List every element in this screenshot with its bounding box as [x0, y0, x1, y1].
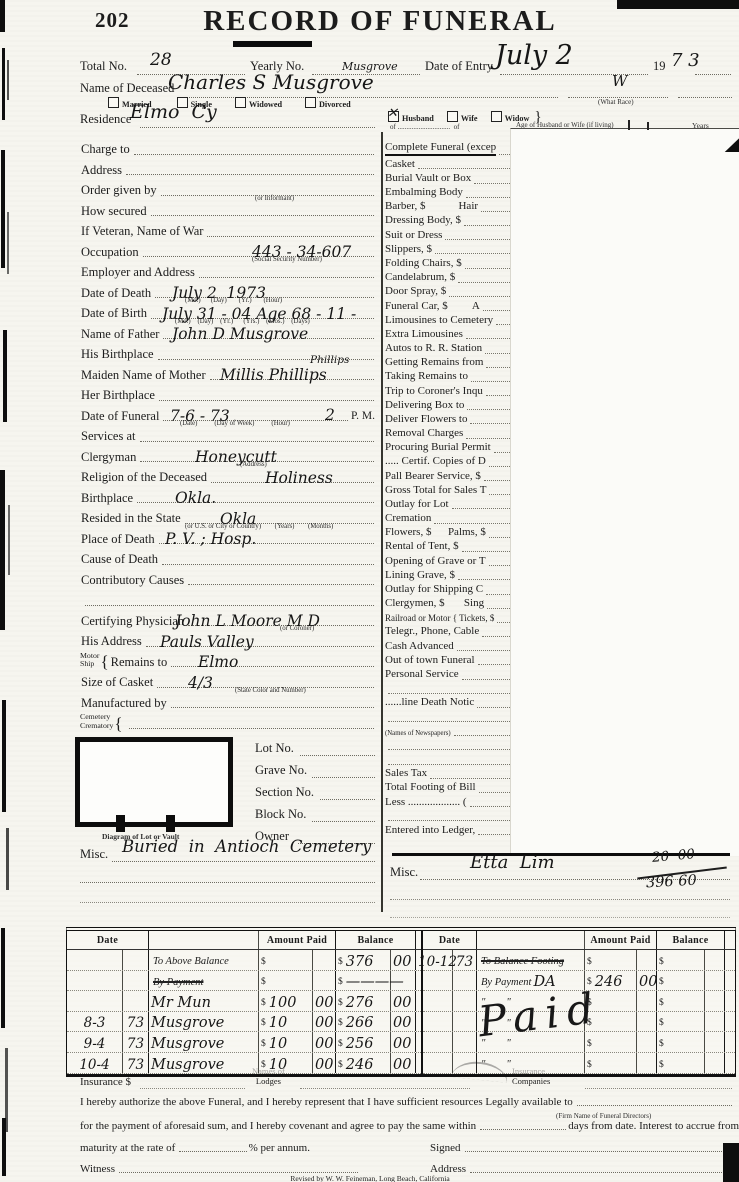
charge-item-row: Cash Advanced — [385, 638, 510, 652]
dotted-line — [300, 755, 375, 756]
charge-item-row: Less ................... ( — [385, 794, 510, 808]
charge-item-label: Casket — [385, 159, 415, 171]
form-field-row: Size of Casket 4/3 (State Color and Numb… — [80, 669, 375, 690]
charge-item-label: Delivering Box to — [385, 400, 464, 412]
payment-row: " " $ $ — [423, 1053, 735, 1074]
dotted-line — [80, 902, 375, 903]
form-field-row: Her Birthplace — [80, 382, 375, 403]
checkbox-label: Wife — [461, 114, 478, 123]
dotted-line — [207, 236, 374, 237]
dotted-line — [485, 353, 510, 354]
scan-artifact — [7, 212, 9, 274]
field-label: Services at — [81, 430, 136, 443]
payment-desc: By Payment — [477, 978, 531, 991]
handwriting-value: 7-6 - 73 — [170, 407, 230, 425]
dotted-line — [474, 183, 510, 184]
charge-item-label: (Names of Newspapers) — [385, 730, 451, 737]
firm-note: (Firm Name of Funeral Directors) — [556, 1112, 651, 1120]
balance-header: Balance — [657, 931, 725, 949]
field-label: Order given by — [81, 184, 157, 197]
charge-item-label: Total Footing of Bill — [385, 782, 476, 794]
charge-item-label: Getting Remains from — [385, 357, 483, 369]
dotted-line — [151, 215, 374, 216]
form-field-row: Certifying Physician John L Moore M D (o… — [80, 608, 375, 629]
charge-item-row: Rental of Tent, $ — [385, 539, 510, 553]
checkbox-divorced — [305, 97, 316, 108]
grave-no-label: Grave No. — [255, 764, 307, 777]
dotted-line — [112, 861, 375, 862]
dotted-line — [418, 168, 510, 169]
handwriting-value: 443 - 34-607 — [252, 243, 351, 261]
dotted-line — [140, 1088, 245, 1089]
dotted-line — [489, 537, 510, 538]
dotted-line — [445, 239, 510, 240]
charge-item-label: Telegr., Phone, Cable — [385, 626, 479, 638]
handwriting-value: Okla — [220, 510, 256, 528]
form-field-row: MotorShip { Remains to Elmo — [80, 649, 375, 670]
section-no-label: Section No. — [255, 786, 314, 799]
charge-item-row: Telegr., Phone, Cable — [385, 624, 510, 638]
scan-artifact — [2, 700, 6, 812]
funeral-record-scan: 202 RECORD OF FUNERAL Total No. 28 Yearl… — [0, 0, 739, 1182]
field-label: Charge to — [81, 143, 130, 156]
form-field-row: Resided in the State Okla (or U.S. or Ci… — [80, 505, 375, 526]
handwriting-value: Elmo — [198, 653, 238, 671]
of-line: of .............................. of — [390, 123, 459, 131]
field-label: Address — [81, 164, 122, 177]
charge-item-row: Cremation — [385, 510, 510, 524]
overlay-sheet — [510, 128, 739, 856]
payment-desc-script: Musgrove — [149, 1057, 224, 1073]
dotted-line — [134, 154, 374, 155]
dotted-line — [483, 310, 510, 311]
amount-paid-header: Amount Paid — [259, 931, 336, 949]
dotted-line — [449, 296, 510, 297]
handwriting-value: John D Musgrove — [172, 325, 308, 343]
dotted-line — [466, 197, 510, 198]
dotted-line — [486, 367, 510, 368]
charge-item-row: Barber, $ Hair — [385, 199, 510, 213]
checkbox-widow — [491, 111, 502, 122]
printed-suffix: P. M. — [351, 410, 375, 423]
scan-artifact — [0, 0, 5, 32]
dotted-line — [489, 494, 510, 495]
charge-item-row: Embalming Body — [385, 185, 510, 199]
dotted-line — [388, 721, 510, 722]
dotted-line — [678, 97, 732, 98]
charge-item-label: Deliver Flowers to — [385, 414, 467, 426]
charge-item-row: Taking Remains to — [385, 369, 510, 383]
field-label: Date of Death — [81, 287, 151, 300]
charge-item-row: Sales Tax — [385, 766, 510, 780]
payment-desc-script: Musgrove — [149, 1015, 224, 1031]
charge-item-label: Candelabrum, $ — [385, 272, 455, 284]
dotted-line — [466, 438, 510, 439]
charge-item-label: Extra Limousines — [385, 329, 463, 341]
sub-note: (State Color and Number) — [235, 687, 306, 694]
dotted-line — [489, 466, 510, 467]
diagram-leg — [166, 815, 175, 832]
tick-mark — [647, 122, 649, 130]
form-field-row: How secured — [80, 198, 375, 219]
payments-header: Date Amount Paid Balance — [423, 931, 735, 950]
form-field-row — [80, 587, 375, 608]
handwriting-above: Phillips — [310, 354, 349, 366]
left-fields-column: Charge to Address — [80, 136, 375, 731]
charge-item-label: Outlay for Lot — [385, 499, 449, 511]
charge-item-label: Cash Advanced — [385, 641, 454, 653]
dotted-line — [695, 74, 731, 75]
scan-artifact — [2, 48, 5, 120]
form-field-row: Date of Funeral P. M. 7-6 - 73 2 (Date) … — [80, 403, 375, 424]
payment-desc: By Payment — [149, 978, 203, 991]
payment-desc: To Balance Footing — [477, 957, 564, 970]
charge-item-row: Getting Remains from — [385, 355, 510, 369]
misc-amount-top: 20 00 — [651, 846, 695, 866]
dotted-line — [486, 395, 510, 396]
charge-item-row: Burial Vault or Box — [385, 170, 510, 184]
charge-item-row: Trip to Coroner's Inqu — [385, 383, 510, 397]
charge-item-label: Outlay for Shipping C — [385, 584, 483, 596]
checkbox-married — [108, 97, 119, 108]
dotted-line — [482, 636, 510, 637]
field-label: Date of Birth — [81, 307, 147, 320]
charge-item-row: Delivering Box to — [385, 397, 510, 411]
misc-right-value: Etta Lim — [470, 852, 555, 873]
residence-value: Elmo Cy — [130, 101, 217, 123]
charge-item-row: Entered into Ledger, — [385, 822, 510, 836]
charge-item-label: Slippers, $ — [385, 244, 432, 256]
checkbox-wife — [447, 111, 458, 122]
field-label: Certifying Physician — [81, 615, 184, 628]
date-of-entry-label: Date of Entry — [425, 60, 493, 73]
charge-item-label: Burial Vault or Box — [385, 173, 471, 185]
charge-item-label: ..... Certif. Copies of D — [385, 456, 486, 468]
dotted-line — [312, 821, 375, 822]
charge-item-row — [385, 709, 510, 723]
form-field-row: Address — [80, 157, 375, 178]
field-label: Occupation — [81, 246, 139, 259]
charge-item-label: Limousines to Cemetery — [385, 315, 493, 327]
charge-item-label: Funeral Car, $ A — [385, 301, 480, 313]
field-label: Religion of the Deceased — [81, 471, 207, 484]
charge-item-row: (Names of Newspapers) — [385, 723, 510, 737]
payment-row: 10-12 73 To Balance Footing $ $ — [423, 950, 735, 971]
charge-item-label: Pall Bearer Service, $ — [385, 471, 481, 483]
date-of-entry-value: July 2 — [495, 40, 573, 71]
legal-line-3: maturity at the rate of% per annum. — [80, 1142, 310, 1154]
charge-item-label: Taking Remains to — [385, 371, 468, 383]
title-underline — [233, 41, 312, 47]
dotted-line — [388, 820, 510, 821]
field-label: Manufactured by — [81, 697, 167, 710]
handwriting-value: Holiness — [265, 469, 333, 487]
payment-row: By Payment $ $———— — [67, 971, 421, 992]
dotted-line — [577, 1105, 732, 1106]
dotted-line — [467, 409, 510, 410]
checkbox-husband — [388, 111, 399, 122]
dotted-line — [478, 834, 510, 835]
field-label: Maiden Name of Mother — [81, 369, 206, 382]
dotted-line — [471, 381, 510, 382]
dotted-line — [430, 778, 510, 779]
charge-item-label: Folding Chairs, $ — [385, 258, 462, 270]
race-note: (What Race) — [598, 98, 634, 106]
handwriting-value: Honeycutt — [195, 448, 277, 466]
form-field-row: If Veteran, Name of War — [80, 218, 375, 239]
race-value: W — [612, 72, 627, 90]
misc-label: Misc. — [80, 848, 108, 861]
charge-item-row: Clergymen, $ Sing — [385, 596, 510, 610]
payment-desc-script: Musgrove — [149, 1036, 224, 1052]
revision-footer: Revised by W. W. Feineman, Long Beach, C… — [200, 1174, 540, 1182]
dotted-line — [388, 764, 510, 765]
handwriting-value: Okla. — [175, 489, 216, 507]
charge-item-row: Removal Charges — [385, 425, 510, 439]
charge-item-row: Opening of Grave or T — [385, 553, 510, 567]
charge-item-label: Trip to Coroner's Inqu — [385, 386, 483, 398]
form-field-row: Occupation 443 - 34-607 (Social Security… — [80, 239, 375, 260]
dotted-line — [390, 917, 730, 918]
dotted-line — [484, 480, 510, 481]
handwriting-value: Pauls Valley — [160, 633, 254, 651]
dotted-line — [458, 579, 510, 580]
dotted-line — [454, 735, 510, 736]
dotted-line — [487, 608, 510, 609]
page-number: 202 — [95, 8, 130, 33]
dotted-line — [585, 1088, 732, 1089]
date-header: Date — [67, 931, 149, 949]
dotted-line — [179, 1151, 246, 1152]
dotted-line — [171, 707, 374, 708]
charge-item-label: Embalming Body — [385, 187, 463, 199]
name-value: Charles S Musgrove — [168, 70, 374, 94]
column-divider — [381, 132, 383, 912]
field-label: Clergyman — [81, 451, 136, 464]
field-label: Contributory Causes — [81, 574, 184, 587]
charge-item-row — [385, 808, 510, 822]
payment-desc: " " — [477, 1060, 511, 1073]
payment-row: " " $ $ — [423, 1032, 735, 1053]
charge-item-label: Suit or Dress — [385, 230, 442, 242]
charge-item-label: Gross Total for Sales T — [385, 485, 486, 497]
charge-item-row: Flowers, $ Palms, $ — [385, 525, 510, 539]
misc-amount-bottom: 396 60 — [646, 873, 698, 892]
dotted-line — [434, 523, 510, 524]
charge-item-row: Casket — [385, 156, 510, 170]
scan-artifact — [3, 330, 7, 422]
checkbox-label: Husband — [402, 114, 434, 123]
block-no-label: Block No. — [255, 808, 306, 821]
year-value: 7 3 — [671, 50, 700, 71]
scan-artifact — [0, 470, 5, 630]
handwriting-value: P. V. ; Hosp. — [165, 530, 256, 548]
charge-item-row: Candelabrum, $ — [385, 270, 510, 284]
charge-item-label: Barber, $ Hair — [385, 201, 478, 213]
charge-item-row: Dressing Body, $ — [385, 213, 510, 227]
scan-artifact — [1, 928, 5, 1028]
brace: { — [114, 718, 122, 731]
charge-item-row: Suit or Dress — [385, 227, 510, 241]
handwriting-value: July 2 1973 — [172, 284, 266, 302]
dotted-line — [465, 1151, 728, 1152]
dotted-line — [499, 154, 510, 155]
dotted-line — [489, 565, 510, 566]
dotted-line — [462, 679, 510, 680]
field-label: His Address — [81, 635, 142, 648]
dotted-line — [477, 707, 510, 708]
misc-right-label: Misc. — [390, 866, 418, 879]
charge-item-row: ..... Certif. Copies of D — [385, 454, 510, 468]
dotted-line — [494, 452, 510, 453]
charge-item-row: Outlay for Lot — [385, 496, 510, 510]
insurance-label: Insurance $ — [80, 1076, 131, 1088]
form-field-row: CemeteryCrematory { — [80, 710, 375, 731]
form-field-row: Order given by (or Informant) — [80, 177, 375, 198]
dotted-line — [496, 324, 510, 325]
charge-item-label: Rental of Tent, $ — [385, 541, 459, 553]
dotted-line — [137, 502, 374, 503]
dotted-line — [486, 594, 510, 595]
dotted-line — [497, 622, 510, 623]
dotted-line — [199, 277, 374, 278]
field-label: Employer and Address — [81, 266, 195, 279]
dotted-line — [129, 728, 374, 729]
stacked-prefix: MotorShip — [80, 652, 100, 669]
handwriting-value: Millis Phillips — [220, 366, 327, 384]
dotted-line — [464, 225, 510, 226]
dotted-line — [466, 338, 510, 339]
charge-item-row: Deliver Flowers to — [385, 411, 510, 425]
legal-line-2: for the payment of aforesaid sum, and I … — [80, 1120, 739, 1132]
residence-label: Residence — [80, 113, 131, 126]
date-header: Date — [423, 931, 477, 949]
tick-mark — [628, 120, 630, 130]
field-label: His Birthplace — [81, 348, 154, 361]
brace: { — [101, 656, 109, 669]
dotted-line — [388, 693, 510, 694]
charge-item-row: Door Spray, $ — [385, 284, 510, 298]
form-field-row: Employer and Address — [80, 259, 375, 280]
charge-item-row: Gross Total for Sales T — [385, 482, 510, 496]
scan-artifact — [617, 0, 739, 9]
charge-item-row: Folding Chairs, $ — [385, 255, 510, 269]
charge-item-row: ......line Death Notic — [385, 695, 510, 709]
charge-item-row: Out of town Funeral — [385, 652, 510, 666]
charge-item-label: Entered into Ledger, — [385, 825, 475, 837]
dotted-line — [126, 174, 374, 175]
field-label: Remains to — [111, 656, 168, 669]
charge-item-row: Slippers, $ — [385, 241, 510, 255]
diagram-leg — [116, 815, 125, 832]
dotted-line — [388, 749, 510, 750]
form-title: RECORD OF FUNERAL — [170, 5, 590, 38]
dotted-line — [480, 1129, 566, 1130]
dotted-line — [458, 282, 510, 283]
charge-item-label: Out of town Funeral — [385, 655, 475, 667]
scan-artifact — [7, 60, 9, 100]
scan-artifact — [1, 150, 5, 268]
payments-table: Date Amount Paid Balance To Above Balanc… — [66, 927, 736, 1077]
dotted-line — [312, 777, 375, 778]
form-field-row: Contributory Causes — [80, 567, 375, 588]
name-label: Name of Deceased — [80, 82, 174, 95]
total-no-value: 28 — [150, 50, 172, 70]
charges-column: Complete Funeral (excep Casket Burial Va… — [385, 142, 510, 836]
field-label: Date of Funeral — [81, 410, 159, 423]
dotted-line — [478, 664, 510, 665]
form-field-row: Maiden Name of Mother Millis Phillips Ph… — [80, 362, 375, 383]
charge-item-row: Extra Limousines — [385, 326, 510, 340]
charge-item-label: Dressing Body, $ — [385, 215, 461, 227]
form-field-row: Cause of Death — [80, 546, 375, 567]
form-field-row: Religion of the Deceased Holiness — [80, 464, 375, 485]
name-above: Musgrove — [342, 60, 398, 73]
charge-item-row: Total Footing of Bill — [385, 780, 510, 794]
sub-note: (or U.S. or City or Country) (Years) (Mo… — [185, 523, 333, 530]
charge-item-row: Lining Grave, $ — [385, 567, 510, 581]
scan-artifact — [723, 1143, 739, 1182]
charge-item-row — [385, 751, 510, 765]
year-printed: 19 — [653, 60, 666, 73]
dotted-line — [465, 268, 510, 269]
dotted-line — [470, 1172, 728, 1173]
charge-item-label: Sales Tax — [385, 768, 427, 780]
sub-note: (or Informant) — [255, 195, 294, 202]
form-field-row: Manufactured by — [80, 690, 375, 711]
charge-item-row: Railroad or Motor { Tickets, $ — [385, 610, 510, 624]
dotted-line — [119, 1172, 358, 1173]
payment-desc: To Above Balance — [149, 957, 229, 970]
charge-item-label: Less ................... ( — [385, 797, 467, 809]
dotted-line — [462, 551, 510, 552]
handwriting-value: 2 — [325, 406, 335, 424]
scan-artifact — [6, 828, 9, 890]
charge-item-label: Railroad or Motor { Tickets, $ — [385, 614, 494, 623]
dotted-line — [470, 423, 510, 424]
field-label: Her Birthplace — [81, 389, 155, 402]
form-field-row: Charge to — [80, 136, 375, 157]
checkbox-label: Divorced — [319, 100, 351, 109]
handwriting-value: July 31 - 04 Age 68 - 11 - — [162, 305, 356, 323]
payment-row: 10-4 73 Musgrove $10 00 $246 00 — [67, 1053, 421, 1074]
dotted-line — [481, 211, 510, 212]
signed-line: Signed — [430, 1142, 730, 1154]
charge-item-label: Lining Grave, $ — [385, 570, 455, 582]
dotted-line — [470, 806, 510, 807]
form-field-row: Birthplace Okla. — [80, 485, 375, 506]
total-no-label: Total No. — [80, 60, 127, 73]
charge-item-label: Removal Charges — [385, 428, 463, 440]
charge-item-row: Funeral Car, $ A — [385, 298, 510, 312]
field-label: How secured — [81, 205, 147, 218]
scan-artifact — [8, 505, 10, 575]
dotted-line — [140, 127, 375, 128]
dotted-line — [80, 882, 375, 883]
charge-item-label: Flowers, $ Palms, $ — [385, 527, 486, 539]
charge-item-row: Limousines to Cemetery — [385, 312, 510, 326]
charge-item-row — [385, 737, 510, 751]
charge-item-label: Procuring Burial Permit — [385, 442, 491, 454]
form-field-row: His Address Pauls Valley — [80, 628, 375, 649]
dotted-line — [85, 605, 374, 606]
charge-item-label: Autos to R. R. Station — [385, 343, 482, 355]
charge-item-label: Door Spray, $ — [385, 286, 446, 298]
charge-item-row: Outlay for Shipping C — [385, 581, 510, 595]
dotted-line — [457, 650, 510, 651]
checkbox-widowed — [235, 97, 246, 108]
charge-item-label: Personal Service — [385, 669, 459, 681]
